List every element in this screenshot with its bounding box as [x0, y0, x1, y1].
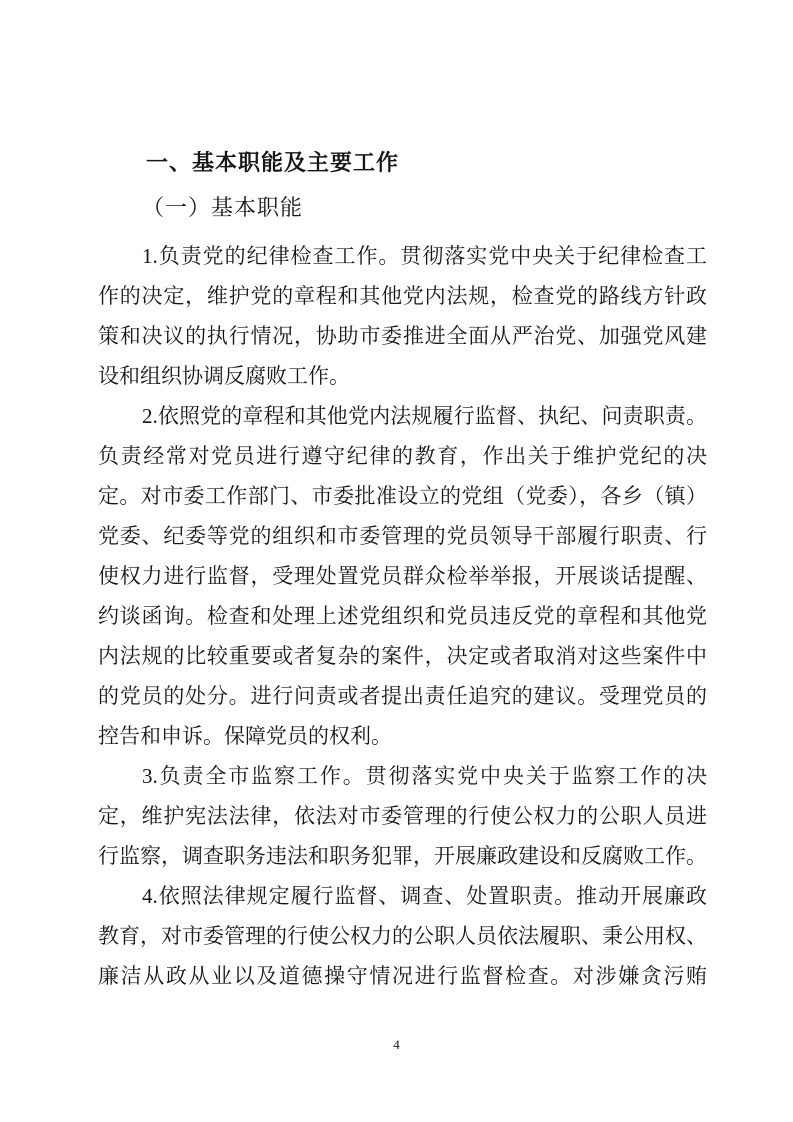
page-number: 4: [0, 1036, 793, 1054]
paragraph-1-line: 设和组织协调反腐败工作。: [98, 356, 707, 396]
paragraph-4-line: 教育，对市委管理的行使公权力的公职人员依法履职、秉公用权、: [98, 916, 707, 956]
paragraph-2-line: 约谈函询。检查和处理上述党组织和党员违反党的章程和其他党: [98, 596, 707, 636]
paragraph-2-line: 使权力进行监督，受理处置党员群众检举举报，开展谈话提醒、: [98, 556, 707, 596]
paragraph-3-line: 定，维护宪法法律，依法对市委管理的行使公权力的公职人员进: [98, 796, 707, 836]
paragraph-2-line: 党委、纪委等党的组织和市委管理的党员领导干部履行职责、行: [98, 516, 707, 556]
subsection-heading: （一）基本职能: [98, 193, 707, 223]
paragraph-1-line: 策和决议的执行情况，协助市委推进全面从严治党、加强党风建: [98, 316, 707, 356]
paragraph-2-line: 控告和申诉。保障党员的权利。: [98, 716, 707, 756]
paragraph-3-line: 行监察，调查职务违法和职务犯罪，开展廉政建设和反腐败工作。: [98, 836, 707, 876]
document-page: 一、基本职能及主要工作 （一）基本职能 1.负责党的纪律检查工作。贯彻落实党中央…: [0, 0, 793, 1122]
document-body: 一、基本职能及主要工作 （一）基本职能 1.负责党的纪律检查工作。贯彻落实党中央…: [98, 148, 707, 996]
paragraph-2-line: 内法规的比较重要或者复杂的案件，决定或者取消对这些案件中: [98, 636, 707, 676]
paragraph-1-line: 作的决定，维护党的章程和其他党内法规，检查党的路线方针政: [98, 276, 707, 316]
paragraph-3-line: 3.负责全市监察工作。贯彻落实党中央关于监察工作的决: [98, 756, 707, 796]
paragraph-4-line: 廉洁从政从业以及道德操守情况进行监督检查。对涉嫌贪污贿: [98, 956, 707, 996]
section-heading: 一、基本职能及主要工作: [98, 148, 707, 178]
paragraph-4-line: 4.依照法律规定履行监督、调查、处置职责。推动开展廉政: [98, 876, 707, 916]
paragraph-1-line: 1.负责党的纪律检查工作。贯彻落实党中央关于纪律检查工: [98, 236, 707, 276]
paragraph-2-line: 负责经常对党员进行遵守纪律的教育，作出关于维护党纪的决: [98, 436, 707, 476]
paragraph-2-line: 2.依照党的章程和其他党内法规履行监督、执纪、问责职责。: [98, 396, 707, 436]
paragraph-2-line: 的党员的处分。进行问责或者提出责任追究的建议。受理党员的: [98, 676, 707, 716]
paragraph-2-line: 定。对市委工作部门、市委批准设立的党组（党委），各乡（镇）: [98, 476, 707, 516]
